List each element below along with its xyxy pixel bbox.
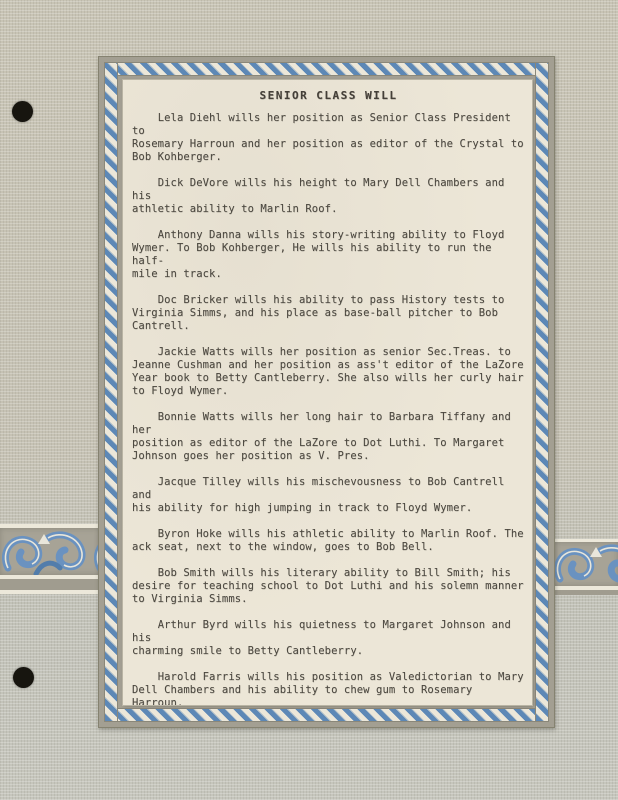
paragraph-jackie-watts: Jackie Watts wills her position as senio… bbox=[132, 346, 525, 398]
paragraph-harold-farris: Harold Farris wills his position as Vale… bbox=[132, 671, 525, 705]
paragraph-bonnie-watts: Bonnie Watts wills her long hair to Barb… bbox=[132, 411, 525, 463]
band-edge-line bbox=[0, 590, 100, 594]
band-gray-strip bbox=[552, 590, 618, 595]
ornament-band-left bbox=[0, 524, 100, 594]
hole-punch-top bbox=[12, 101, 33, 122]
paragraph-doc-bricker: Doc Bricker wills his ability to pass Hi… bbox=[132, 294, 525, 333]
scroll-ornament-icon bbox=[0, 528, 100, 575]
paragraph-jacque-tilley: Jacque Tilley wills his mischevousness t… bbox=[132, 476, 525, 515]
paragraph-arthur-byrd: Arthur Byrd wills his quietness to Marga… bbox=[132, 619, 525, 658]
rope-border-bottom bbox=[104, 708, 549, 722]
typed-paper: SENIOR CLASS WILL Lela Diehl wills her p… bbox=[123, 80, 532, 705]
scrapbook-page: { "document": { "title": "SENIOR CLASS W… bbox=[0, 0, 618, 800]
document-title: SENIOR CLASS WILL bbox=[132, 89, 525, 102]
document-mat: SENIOR CLASS WILL Lela Diehl wills her p… bbox=[98, 56, 555, 728]
scroll-ornament-icon bbox=[552, 542, 618, 586]
rope-border-right bbox=[535, 62, 549, 722]
paragraph-anthony-danna: Anthony Danna wills his story-writing ab… bbox=[132, 229, 525, 281]
rope-border-left bbox=[104, 62, 118, 722]
paragraph-bob-smith: Bob Smith wills his literary ability to … bbox=[132, 567, 525, 606]
paragraph-lela-diehl: Lela Diehl wills her position as Senior … bbox=[132, 112, 525, 164]
hole-punch-bottom bbox=[13, 667, 34, 688]
paragraph-dick-devore: Dick DeVore wills his height to Mary Del… bbox=[132, 177, 525, 216]
rope-border-top bbox=[104, 62, 549, 76]
paragraph-byron-hoke: Byron Hoke wills his athletic ability to… bbox=[132, 528, 525, 554]
ornament-band-right bbox=[552, 539, 618, 595]
band-gray-strip bbox=[0, 579, 100, 590]
